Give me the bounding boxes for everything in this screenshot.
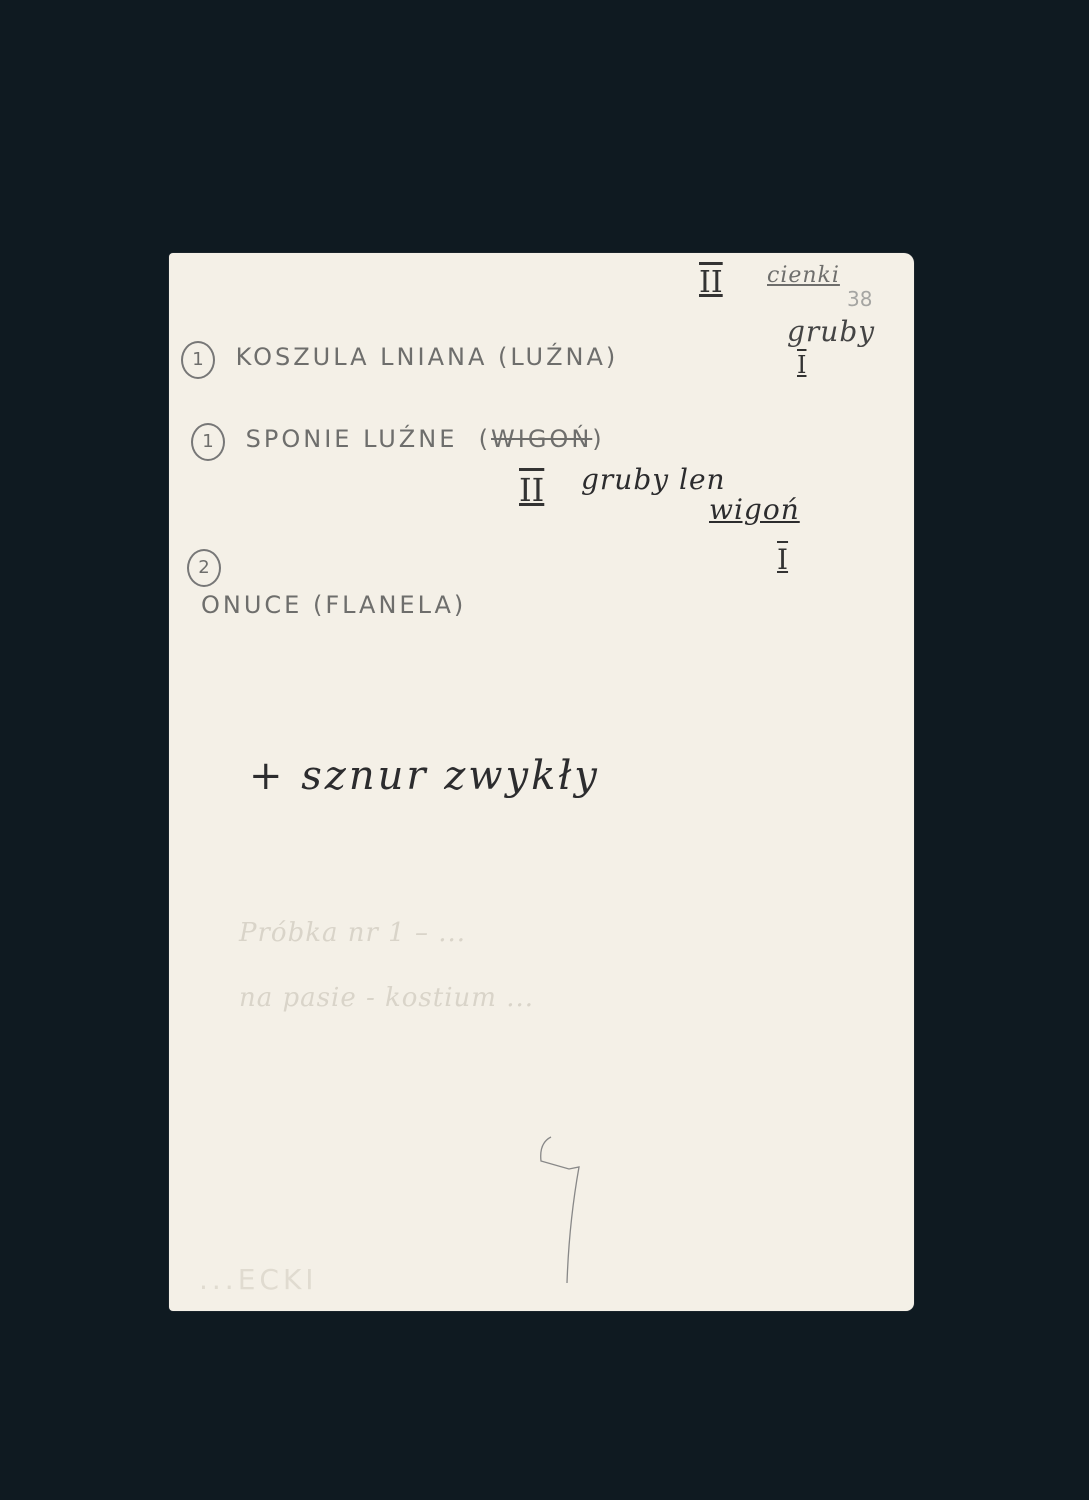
annotation-gruby-len: gruby len [581, 463, 726, 496]
ink-note-sznur: + sznur zwykły [249, 753, 600, 799]
annotation-gruby-1: gruby [787, 315, 875, 348]
list-item-koszula: 1 KOSZULA LNIANA (LUŹNA) [181, 341, 618, 379]
paren-close: ) [592, 425, 604, 453]
roman-numeral-annotation: II [699, 265, 723, 300]
annotation-cienki: cienki [767, 263, 840, 288]
roman-numeral-annotation-4: I [777, 543, 788, 576]
item-text: SPONIE LUŹNE [246, 425, 458, 453]
item-text: ONUCE (FLANELA) [201, 591, 466, 619]
list-item-onuce: ONUCE (FLANELA) [201, 591, 466, 619]
faint-line-1: Próbka nr 1 – ... [239, 918, 466, 948]
roman-numeral-annotation-2: I [797, 351, 806, 379]
faint-line-2: na pasie - kostium ... [239, 983, 534, 1013]
annotation-wigon: wigoń [709, 493, 800, 526]
roman-numeral-annotation-3: II [519, 471, 544, 509]
struck-word: WIGOŃ [491, 425, 592, 453]
item-number: 2 [187, 549, 221, 587]
item-number: 1 [181, 341, 215, 379]
item-text: KOSZULA LNIANA (LUŹNA) [236, 343, 619, 371]
list-item-onuce-number: 2 [187, 549, 231, 587]
margin-number: 38 [847, 287, 872, 311]
item-number: 1 [191, 423, 225, 461]
note-card: II cienki 38 gruby I 1 KOSZULA LNIANA (L… [169, 253, 914, 1311]
faint-stamp: ...ECKI [199, 1263, 318, 1296]
pencil-mark [529, 1133, 599, 1293]
list-item-sponie: 1 SPONIE LUŹNE (WIGOŃ) [191, 423, 605, 461]
paren-open: ( [468, 425, 491, 453]
